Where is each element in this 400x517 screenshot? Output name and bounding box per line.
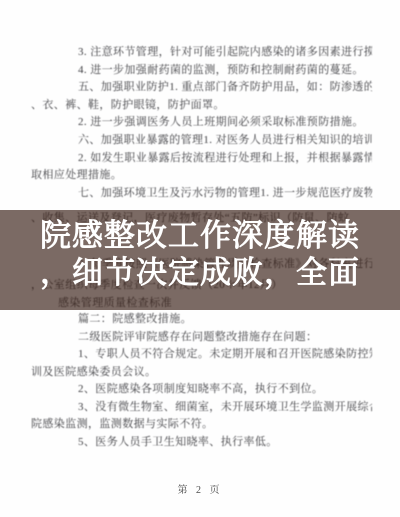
scanned-document-page: 3. 注意环节管理，针对可能引起院内感染的诸多因素进行摸排；4. 进一步加强耐药… (0, 0, 400, 517)
headline-banner-overlay: 院感整改工作深度解读 ，细节决定成败，全面 (0, 210, 400, 310)
page-number: 第 2 页 (0, 481, 400, 496)
document-line: 训及医院感染委员会议。 (31, 364, 372, 382)
document-line: 3. 注意环节管理，针对可能引起院内感染的诸多因素进行摸排； (31, 44, 372, 62)
document-line: 五、加强职业防护1. 重点部门备齐防护用品，如：防渗透的围裙 (31, 79, 372, 97)
document-line: 2、医院感染各项制度知晓率不高，执行不到位。 (31, 381, 372, 399)
document-line: 4. 进一步加强耐药菌的监测，预防和控制耐药菌的蔓延。 (31, 62, 372, 80)
headline-title-line1: 院感整改工作深度解读 (0, 217, 400, 254)
document-line: 院感染监测，监测数据与实际不符。 (31, 416, 372, 434)
document-line: 1、专职人员不符合规定。未定期开展和召开医院感染防控知识培 (31, 346, 372, 364)
document-line: 取相应处理措施。 (31, 167, 372, 185)
document-text-above-banner: 3. 注意环节管理，针对可能引起院内感染的诸多因素进行摸排；4. 进一步加强耐药… (31, 44, 372, 202)
document-line: 3、没有微生物室、细菌室，未开展环境卫生学监测开展综合性医 (31, 399, 372, 417)
document-line: 篇二：院感整改措施。 (31, 311, 372, 329)
headline-title-line2: ，细节决定成败，全面 (0, 254, 400, 291)
document-line: 六、加强职业暴露的管理1. 对医务人员进行相关知识的培训。 (31, 132, 372, 150)
document-line: 、衣、裤、鞋，防护眼镜，防护面罩。 (31, 97, 372, 115)
document-line: 2. 进一步强调医务人员上班期间必须采取标准预防措施。 (31, 114, 372, 132)
document-line: 七、加强环境卫生及污水污物的管理1. 进一步规范医疗废物分类 (31, 185, 372, 203)
document-line: 二级医院评审院感存在问题整改措施存在问题： (31, 329, 372, 347)
headline-title: 院感整改工作深度解读 ，细节决定成败，全面 (0, 217, 400, 291)
document-line: 2. 如发生职业暴露后按流程进行处理和上报，并根据暴露情况采 (31, 150, 372, 168)
document-text-below-banner: 篇二：院感整改措施。二级医院评审院感存在问题整改措施存在问题：1、专职人员不符合… (31, 311, 372, 451)
document-line: 5、医务人员手卫生知晓率、执行率低。 (31, 434, 372, 452)
